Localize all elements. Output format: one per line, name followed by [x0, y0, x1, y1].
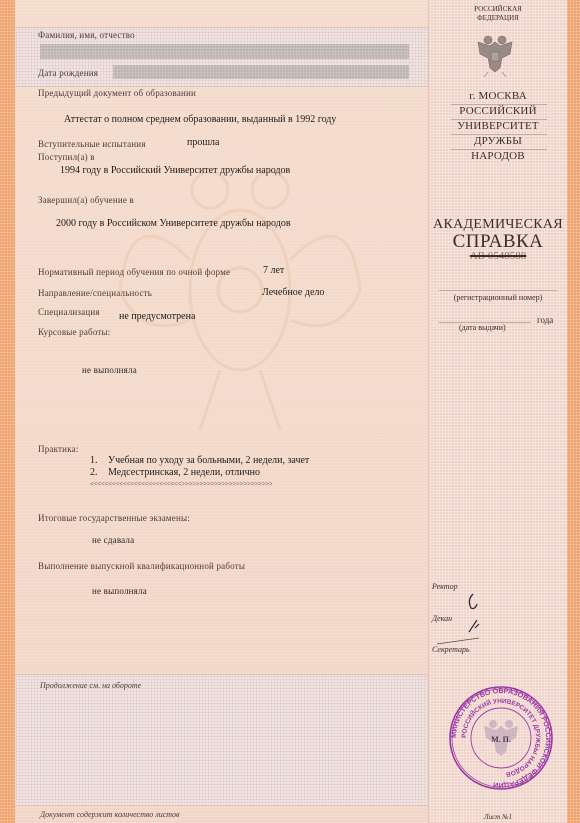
specialization-value: не предусмотрена	[119, 311, 195, 322]
issue-date-label: (дата выдачи)	[459, 323, 506, 332]
specialty-value: Лечебное дело	[262, 287, 324, 298]
completed-value: 2000 году в Российском Университете друж…	[56, 218, 291, 229]
continued-overleaf-note: Продолжение см. на обороте	[40, 681, 141, 690]
birth-date-label: Дата рождения	[38, 68, 98, 78]
previous-education-value: Аттестат о полном среднем образовании, в…	[64, 114, 336, 125]
country-line-1: РОССИЙСКАЯ	[429, 5, 567, 14]
practice-item-text: Учебная по уходу за больными, 2 недели, …	[108, 455, 309, 466]
institution-line-4: НАРОДОВ	[429, 150, 567, 162]
state-exams-label: Итоговые государственные экзамены:	[38, 513, 190, 523]
previous-education-label: Предыдущий документ об образовании	[38, 88, 196, 98]
practice-item-text: Медсестринская, 2 недели, отлично	[108, 467, 260, 478]
coursework-label: Курсовые работы:	[38, 327, 111, 337]
country-line-2: ФЕДЕРАЦИЯ	[429, 14, 567, 23]
specialty-label: Направление/специальность	[38, 288, 152, 298]
enrolled-value: 1994 году в Российский Университет дружб…	[60, 165, 290, 176]
study-period-label: Нормативный период обучения по очной фор…	[38, 267, 230, 277]
entrance-exams-label: Вступительные испытания	[38, 139, 146, 149]
sheet-count-label: Документ содержит количество листов	[40, 810, 180, 819]
specialization-label: Специализация	[38, 307, 100, 317]
country-label: РОССИЙСКАЯ ФЕДЕРАЦИЯ	[429, 5, 567, 23]
coursework-value: не выполняла	[82, 365, 137, 375]
institution-line-3: ДРУЖБЫ	[429, 135, 567, 147]
birth-date-redacted	[113, 65, 409, 79]
thesis-label: Выполнение выпускной квалификационной ра…	[38, 561, 245, 571]
completed-label: Завершил(а) обучение в	[38, 195, 134, 205]
thesis-value: не выполняла	[92, 586, 147, 596]
entrance-exams-value: прошла	[187, 137, 219, 148]
left-border-frame	[0, 0, 15, 823]
full-name-redacted	[40, 44, 409, 59]
emblem-eagle-icon	[474, 32, 516, 78]
enrolled-label: Поступил(а) в	[38, 152, 95, 162]
study-period-value: 7 лет	[263, 265, 284, 276]
practice-separator: <<<<<<<<<<<<<<<<<<<<<<<<<>>>>>>>>>>>>>>>…	[90, 480, 272, 488]
registration-number-label: (регистрационный номер)	[429, 293, 567, 302]
year-suffix: года	[537, 315, 553, 325]
city-label: г. МОСКВА	[429, 90, 567, 102]
continuation-band	[15, 674, 428, 806]
official-seal-stamp: МИНИСТЕРСТВО ОБРАЗОВАНИЯ РОССИЙСКОЙ ФЕДЕ…	[444, 686, 558, 790]
practice-item-number: 2.	[90, 467, 98, 478]
sheet-number: Лист №1	[429, 813, 567, 821]
signature-strokes	[429, 588, 489, 648]
right-border-frame	[566, 0, 580, 823]
practice-item-number: 1.	[90, 455, 98, 466]
institution-line-1: РОССИЙСКИЙ	[429, 105, 567, 117]
stamp-center-text: М. П.	[491, 735, 511, 744]
practice-label: Практика:	[38, 444, 79, 454]
serial-number-struck: АВ 0548588	[429, 250, 567, 262]
institution-line-2: УНИВЕРСИТЕТ	[429, 120, 567, 132]
state-exams-value: не сдавала	[92, 535, 134, 545]
full-name-label: Фамилия, имя, отчество	[38, 30, 135, 40]
